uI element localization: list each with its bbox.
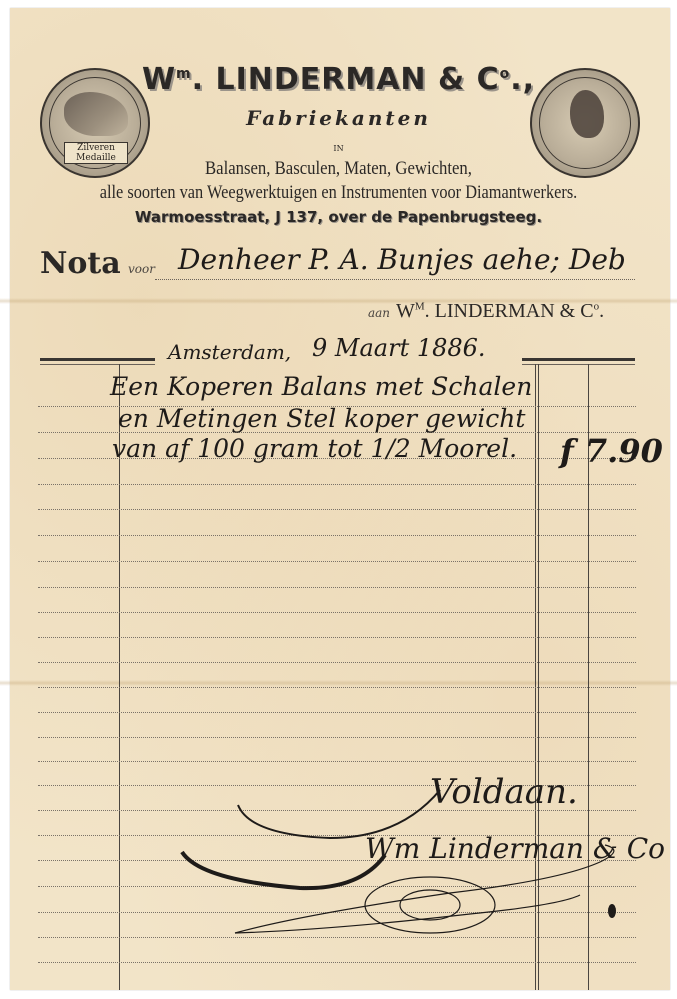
paid-handwritten: Voldaan. <box>430 772 578 812</box>
medal-label-line2: Medaille <box>76 153 116 163</box>
signature-handwritten: Wm Linderman & Co <box>365 832 665 865</box>
medal-label-line1: Zilveren <box>77 143 115 153</box>
medal-label: Zilveren Medaille <box>64 142 128 164</box>
